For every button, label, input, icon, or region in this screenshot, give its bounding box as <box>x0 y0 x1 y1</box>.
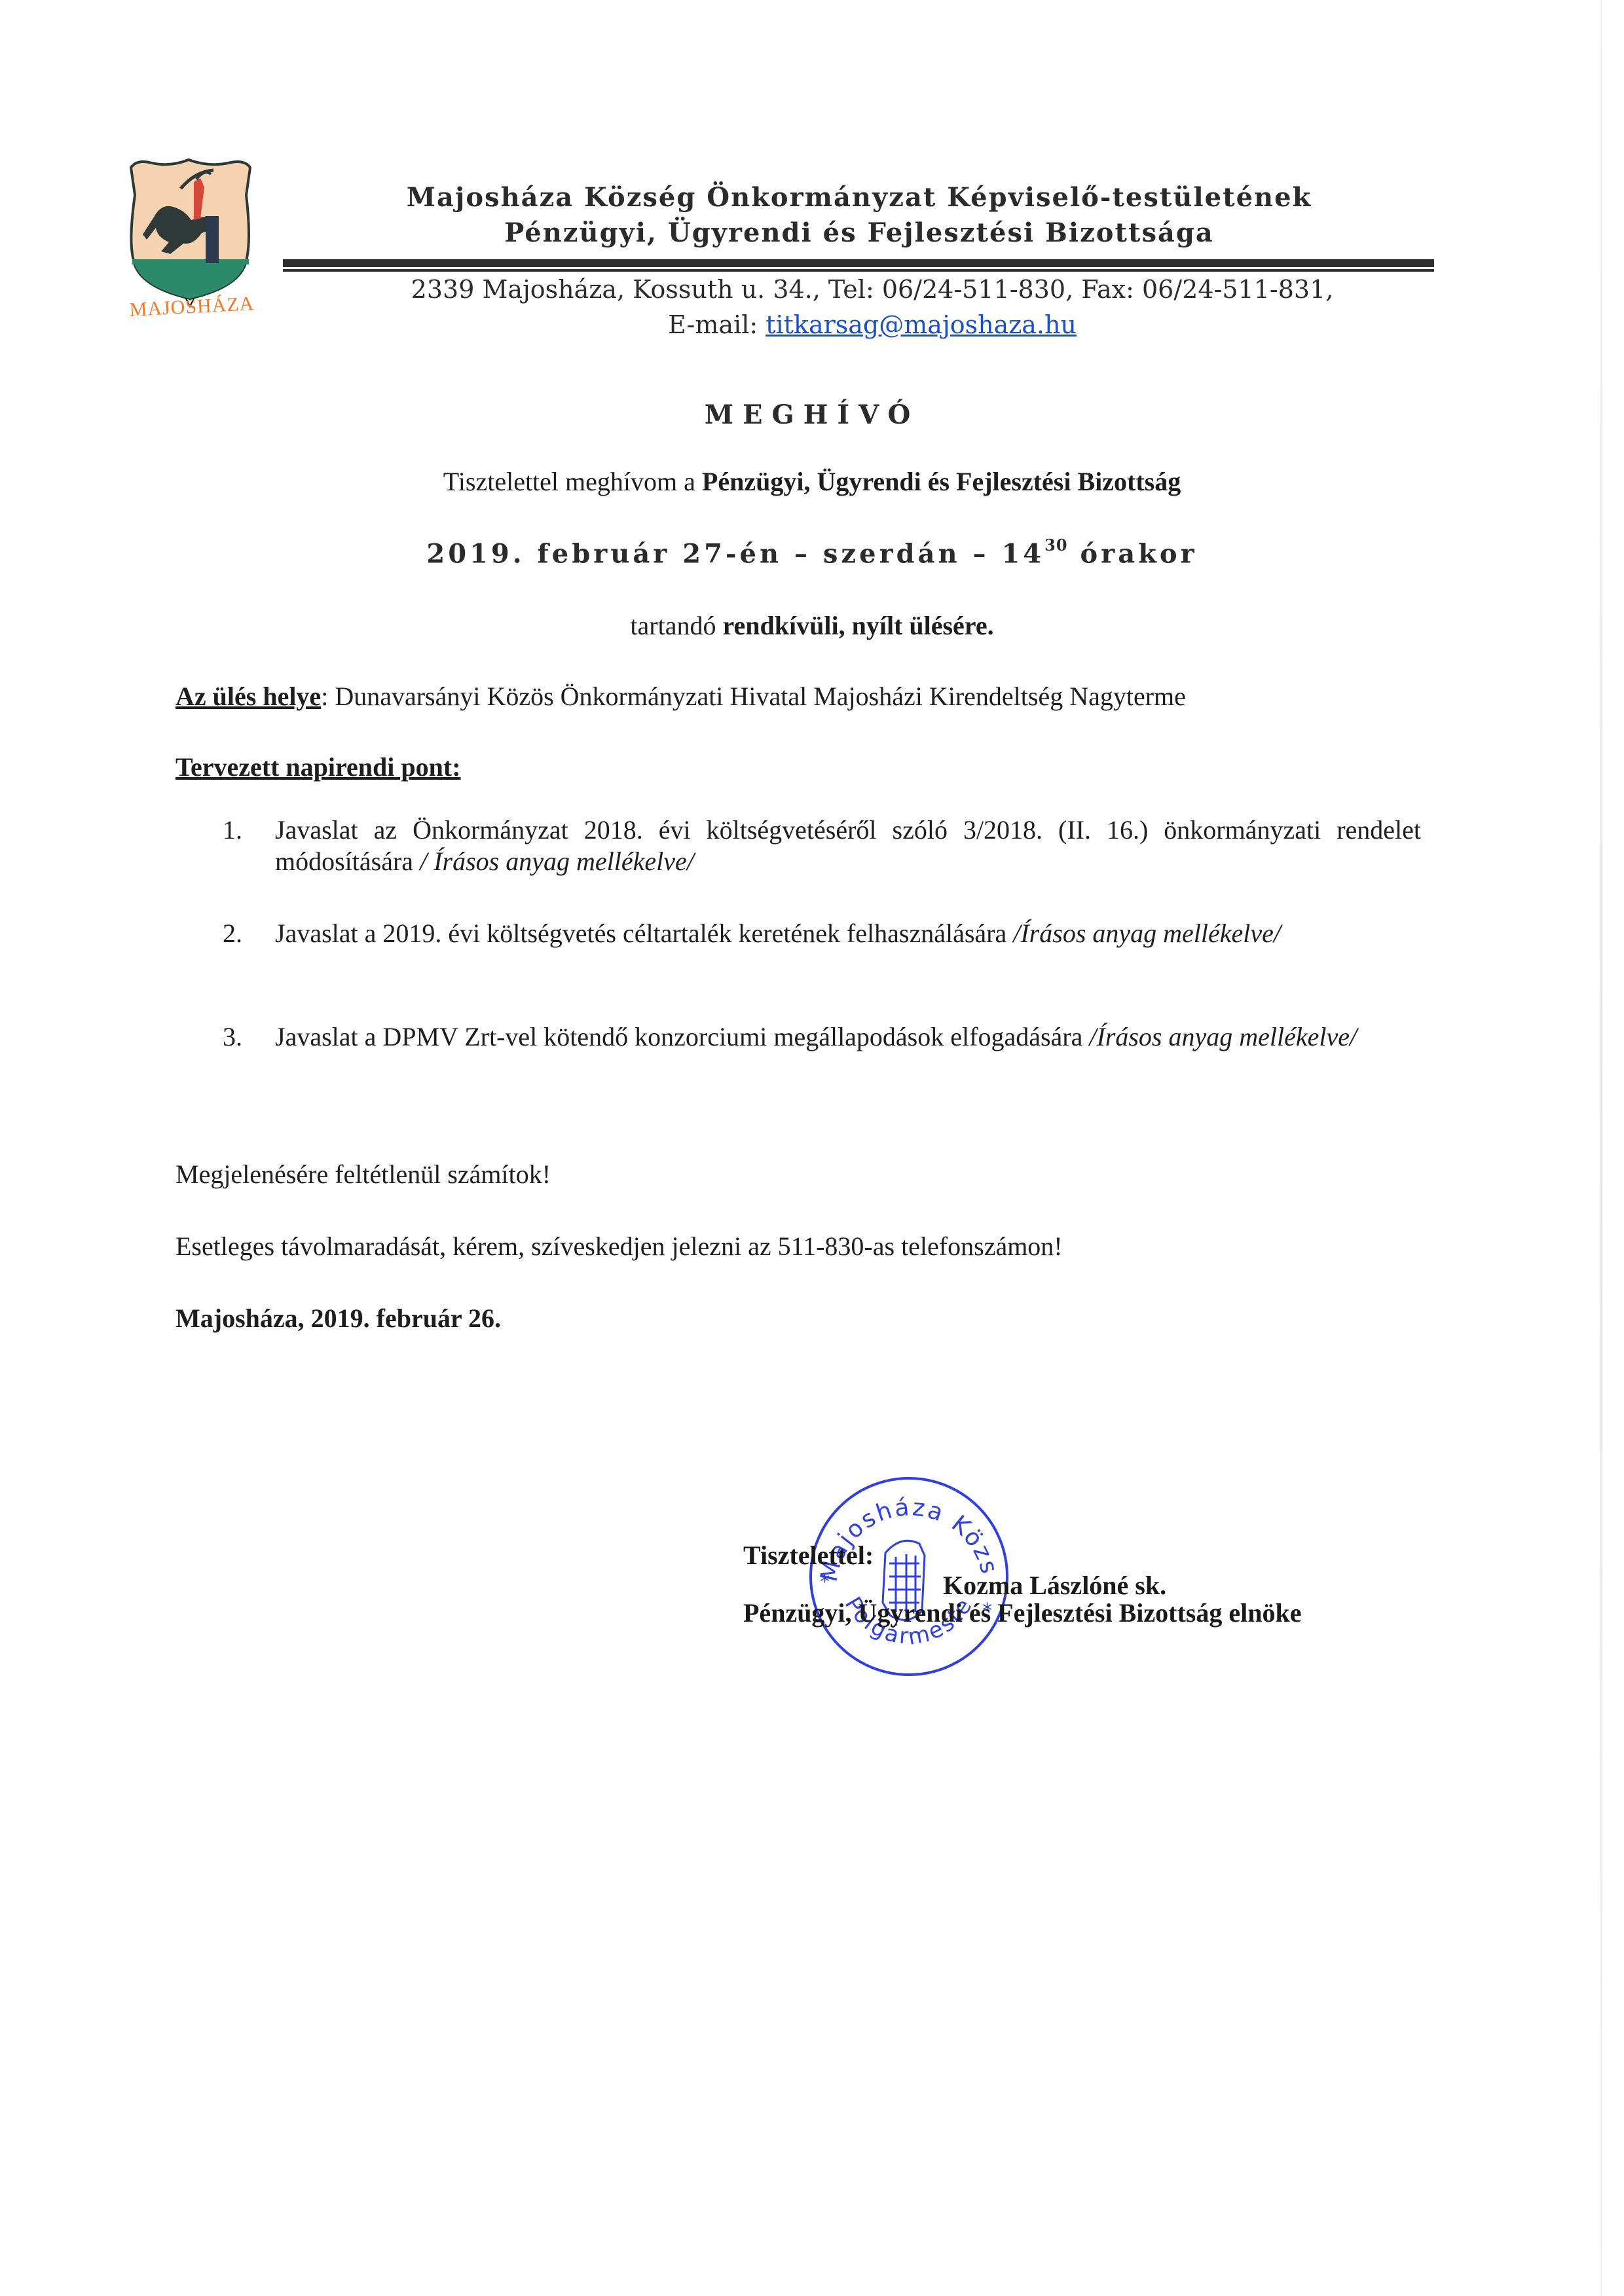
agenda-item-text: Javaslat a DPMV Zrt-vel kötendő konzorci… <box>275 1021 1421 1053</box>
agenda-item-title: Javaslat a 2019. évi költségvetés céltar… <box>275 919 1013 948</box>
email-line: E-mail: titkarsag@majoshaza.hu <box>283 310 1462 339</box>
scan-edge-line <box>1600 0 1602 2296</box>
invitation-prefix: Tisztelettel meghívom a <box>443 467 702 496</box>
invitation-committee: Pénzügyi, Ügyrendi és Fejlesztési Bizott… <box>702 467 1181 496</box>
agenda-item-text: Javaslat az Önkormányzat 2018. évi költs… <box>275 814 1421 877</box>
agenda-item: 1. Javaslat az Önkormányzat 2018. évi kö… <box>223 814 1421 877</box>
email-label: E-mail: <box>668 310 766 339</box>
meeting-date: 2019. február 27-én – szerdán – 1430 óra… <box>0 538 1624 569</box>
invitation-line: Tisztelettel meghívom a Pénzügyi, Ügyren… <box>0 466 1624 497</box>
organization-title: Majosháza Község Önkormányzat Képviselő-… <box>283 182 1435 213</box>
coat-of-arms-logo <box>123 156 257 308</box>
agenda-item-number: 2. <box>223 918 268 949</box>
signature-greeting: Tisztelettel: <box>743 1540 874 1571</box>
session-type-line: tartandó rendkívüli, nyílt ülésére. <box>0 610 1624 641</box>
agenda-item-number: 3. <box>223 1021 268 1052</box>
signatory-title: Pénzügyi, Ügyrendi és Fejlesztési Bizott… <box>743 1597 1301 1628</box>
meeting-date-text: 2019. február 27-én – szerdán – 14 <box>426 538 1044 569</box>
header-rule <box>283 259 1434 267</box>
agenda-item-title: Javaslat a DPMV Zrt-vel kötendő konzorci… <box>275 1022 1089 1051</box>
address-line: 2339 Majosháza, Kossuth u. 34., Tel: 06/… <box>283 275 1462 304</box>
signatory-name: Kozma Lászlóné sk. <box>943 1570 1166 1601</box>
agenda-item-attachment: /Írásos anyag mellékelve/ <box>1089 1022 1357 1051</box>
closing-line-1: Megjelenésére feltétlenül számítok! <box>175 1159 551 1190</box>
meeting-place-value: Dunavarsányi Közös Önkormányzati Hivatal… <box>335 682 1186 711</box>
agenda-item-number: 1. <box>223 814 268 845</box>
committee-title: Pénzügyi, Ügyrendi és Fejlesztési Bizott… <box>283 217 1435 248</box>
place-and-date: Majosháza, 2019. február 26. <box>175 1303 501 1334</box>
closing-line-2: Esetleges távolmaradását, kérem, szívesk… <box>175 1231 1063 1262</box>
agenda-item-attachment: /Írásos anyag mellékelve/ <box>1013 919 1281 948</box>
agenda-item-attachment: / Írásos anyag mellékelve/ <box>420 847 694 876</box>
email-link[interactable]: titkarsag@majoshaza.hu <box>766 310 1077 339</box>
document-heading: MEGHÍVÓ <box>0 399 1624 430</box>
agenda-item-text: Javaslat a 2019. évi költségvetés céltar… <box>275 918 1421 949</box>
session-type: rendkívüli, nyílt ülésére. <box>722 611 993 640</box>
meeting-time-suffix: órakor <box>1068 538 1198 569</box>
session-prefix: tartandó <box>630 611 722 640</box>
header-rule-thin <box>283 269 1434 272</box>
agenda-item: 2. Javaslat a 2019. évi költségvetés cél… <box>223 918 1421 949</box>
meeting-place-sep: : <box>321 682 335 711</box>
meeting-place: Az ülés helye: Dunavarsányi Közös Önkorm… <box>175 681 1186 712</box>
svg-text:*: * <box>820 1571 830 1594</box>
agenda-item: 3. Javaslat a DPMV Zrt-vel kötendő konzo… <box>223 1021 1421 1053</box>
agenda-heading: Tervezett napirendi pont: <box>175 752 461 782</box>
meeting-time-minutes: 30 <box>1044 536 1067 555</box>
meeting-place-label: Az ülés helye <box>175 682 321 711</box>
